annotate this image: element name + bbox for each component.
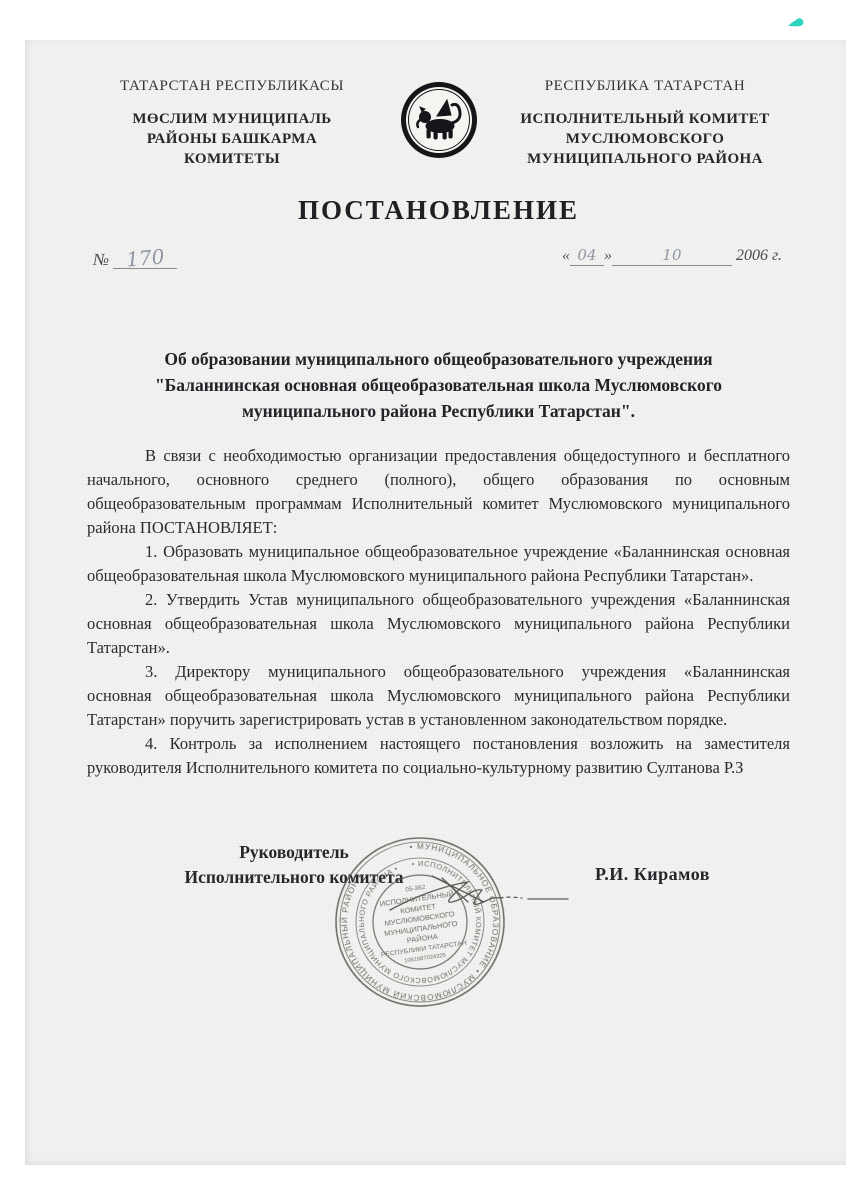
number-handwritten: 170 <box>125 244 165 271</box>
letterhead-tatar: ТАТАРСТАН РЕСПУБЛИКАСЫ МӨСЛИМ МУНИЦИПАЛЬ… <box>87 78 377 169</box>
committee-name-russian: ИСПОЛНИТЕЛЬНЫЙ КОМИТЕТ МУСЛЮМОВСКОГО МУН… <box>500 109 790 169</box>
item-2: 2. Утвердить Устав муниципального общеоб… <box>87 588 790 660</box>
quote-close: » <box>604 247 612 264</box>
republic-name-tatar: ТАТАРСТАН РЕСПУБЛИКАСЫ <box>87 78 377 95</box>
date-day-underline: 04 <box>570 246 604 266</box>
letterhead: ТАТАРСТАН РЕСПУБЛИКАСЫ МӨСЛИМ МУНИЦИПАЛЬ… <box>87 78 790 169</box>
document-date: «04»10 2006 г. <box>562 246 790 280</box>
teal-pen-mark <box>786 14 804 30</box>
quote-open: « <box>562 247 570 264</box>
handwritten-signature <box>372 858 642 928</box>
republic-name-russian: РЕСПУБЛИКА ТАТАРСТАН <box>500 78 790 95</box>
document-number: № 170 <box>87 246 177 280</box>
document-title: ПОСТАНОВЛЕНИЕ <box>87 195 790 226</box>
org-line: КОМИТЕТЫ <box>87 149 377 169</box>
number-date-row: № 170 «04»10 2006 г. <box>87 246 790 280</box>
org-line: ИСПОЛНИТЕЛЬНЫЙ КОМИТЕТ <box>500 109 790 129</box>
date-month-handwritten: 10 <box>662 246 681 264</box>
org-line: МӨСЛИМ МУНИЦИПАЛЬ <box>87 109 377 129</box>
number-label: № <box>93 250 109 269</box>
date-month-underline: 10 <box>612 246 732 266</box>
item-4: 4. Контроль за исполнением настоящего по… <box>87 732 790 780</box>
tatarstan-emblem-icon <box>399 80 479 160</box>
letterhead-russian: РЕСПУБЛИКА ТАТАРСТАН ИСПОЛНИТЕЛЬНЫЙ КОМИ… <box>500 78 790 169</box>
date-year: 2006 г. <box>736 247 782 264</box>
org-line: МУНИЦИПАЛЬНОГО РАЙОНА <box>500 149 790 169</box>
item-3: 3. Директору муниципального общеобразова… <box>87 660 790 732</box>
date-day-handwritten: 04 <box>577 246 596 264</box>
preamble-paragraph: В связи с необходимостью организации пре… <box>87 444 790 540</box>
number-underline: 170 <box>113 244 177 269</box>
item-1: 1. Образовать муниципальное общеобразова… <box>87 540 790 588</box>
committee-name-tatar: МӨСЛИМ МУНИЦИПАЛЬ РАЙОНЫ БАШКАРМА КОМИТЕ… <box>87 109 377 169</box>
body-text: В связи с необходимостью организации пре… <box>87 444 790 780</box>
org-line: МУСЛЮМОВСКОГО <box>500 129 790 149</box>
subject-heading: Об образовании муниципального общеобразо… <box>129 346 749 424</box>
org-line: РАЙОНЫ БАШКАРМА <box>87 129 377 149</box>
